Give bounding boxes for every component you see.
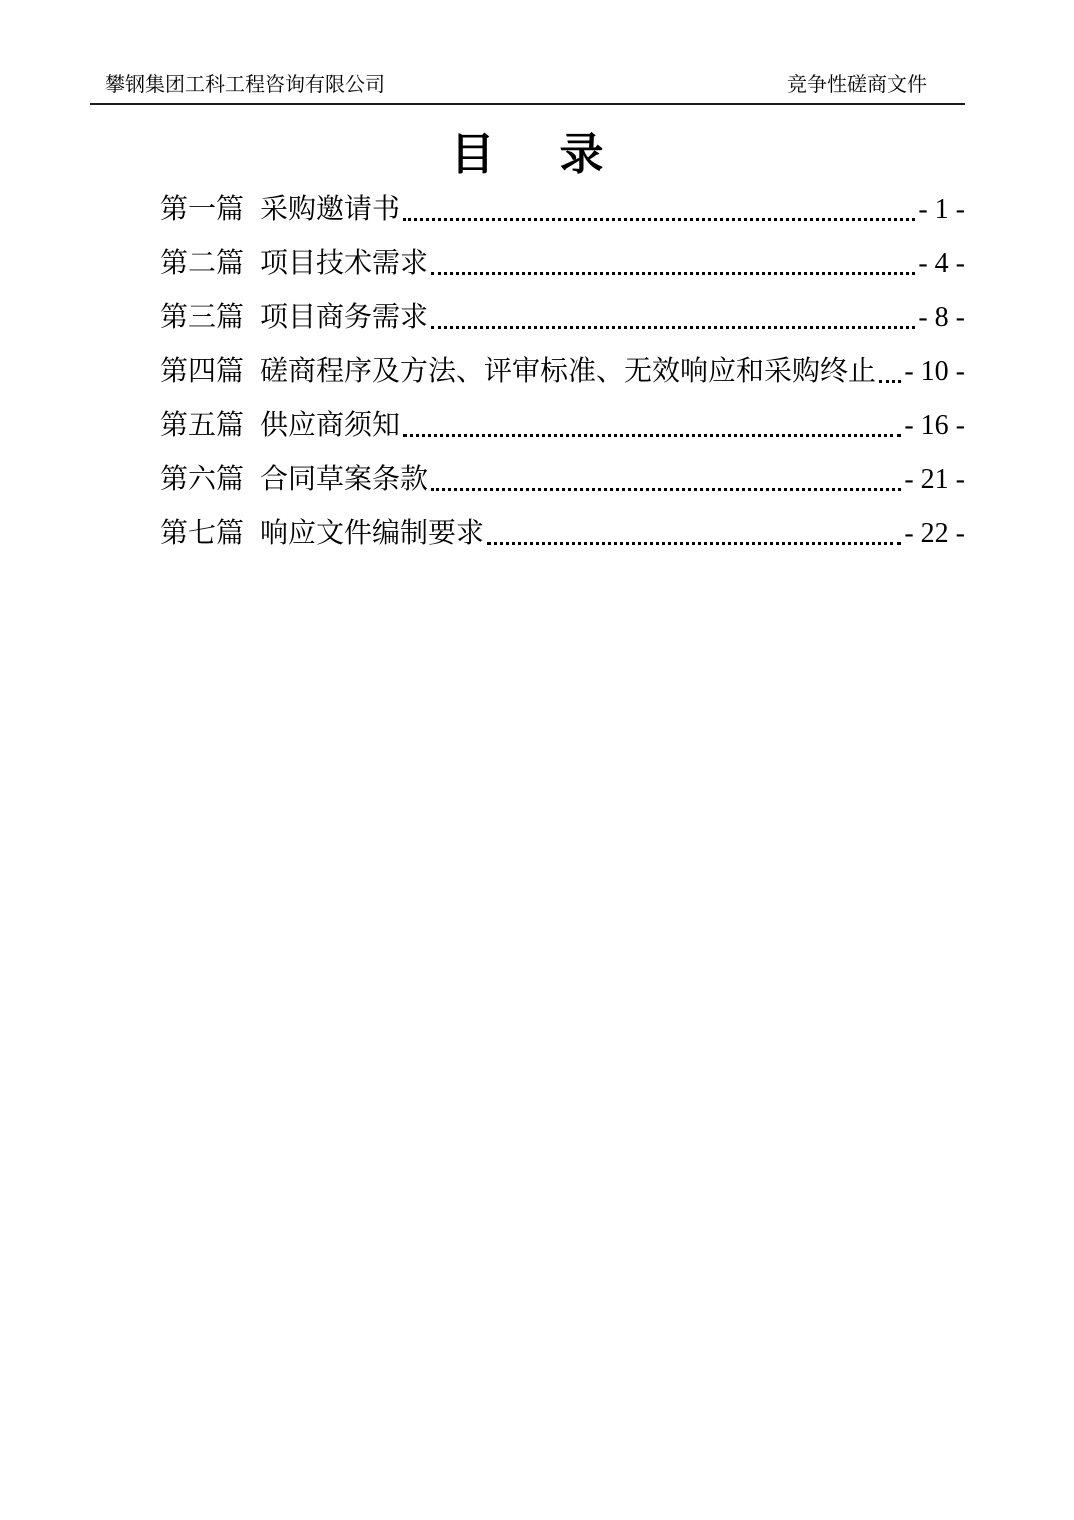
page-header: 攀钢集团工科工程咨询有限公司 竞争性磋商文件 [90, 72, 965, 105]
toc-entry[interactable]: 第六篇 合同草案条款 - 21 - [160, 453, 965, 507]
toc-list: 第一篇 采购邀请书 - 1 - 第二篇 项目技术需求 - 4 - 第三篇 项目商… [160, 183, 965, 561]
toc-entry[interactable]: 第二篇 项目技术需求 - 4 - [160, 237, 965, 291]
header-doc-type: 竞争性磋商文件 [787, 72, 927, 98]
toc-entry-page-number: - 16 - [903, 399, 965, 453]
toc-entry-title: 响应文件编制要求 [260, 507, 484, 561]
toc-title: 目 录 [90, 127, 965, 183]
header-company-name: 攀钢集团工科工程咨询有限公司 [105, 72, 385, 98]
toc-entry-chapter: 第四篇 [160, 345, 260, 399]
toc-entry[interactable]: 第三篇 项目商务需求 - 8 - [160, 291, 965, 345]
toc-entry-chapter: 第六篇 [160, 453, 260, 507]
toc-entry-chapter: 第二篇 [160, 237, 260, 291]
toc-dot-leader [879, 380, 901, 383]
toc-entry-page-number: - 4 - [917, 237, 965, 291]
toc-entry[interactable]: 第四篇 磋商程序及方法、评审标准、无效响应和采购终止 - 10 - [160, 345, 965, 399]
toc-entry-title: 合同草案条款 [260, 453, 428, 507]
toc-entry-title: 项目技术需求 [260, 237, 428, 291]
toc-entry-title: 采购邀请书 [260, 183, 400, 237]
toc-entry-title: 项目商务需求 [260, 291, 428, 345]
toc-entry[interactable]: 第五篇 供应商须知 - 16 - [160, 399, 965, 453]
toc-dot-leader [487, 542, 901, 545]
toc-entry-page-number: - 8 - [917, 291, 965, 345]
document-page: 攀钢集团工科工程咨询有限公司 竞争性磋商文件 目 录 第一篇 采购邀请书 - 1… [0, 0, 1074, 1520]
toc-entry[interactable]: 第一篇 采购邀请书 - 1 - [160, 183, 965, 237]
toc-dot-leader [403, 434, 901, 437]
toc-entry-chapter: 第一篇 [160, 183, 260, 237]
toc-entry-title: 磋商程序及方法、评审标准、无效响应和采购终止 [260, 345, 876, 399]
toc-dot-leader [431, 326, 915, 329]
toc-entry-page-number: - 21 - [903, 453, 965, 507]
toc-dot-leader [431, 272, 915, 275]
toc-entry-chapter: 第五篇 [160, 399, 260, 453]
page-content: 攀钢集团工科工程咨询有限公司 竞争性磋商文件 目 录 第一篇 采购邀请书 - 1… [90, 0, 965, 561]
toc-entry-page-number: - 1 - [917, 183, 965, 237]
toc-entry-chapter: 第三篇 [160, 291, 260, 345]
toc-entry[interactable]: 第七篇 响应文件编制要求 - 22 - [160, 507, 965, 561]
toc-entry-chapter: 第七篇 [160, 507, 260, 561]
toc-entry-page-number: - 22 - [903, 507, 965, 561]
toc-dot-leader [403, 218, 915, 221]
toc-entry-page-number: - 10 - [903, 345, 965, 399]
toc-entry-title: 供应商须知 [260, 399, 400, 453]
toc-dot-leader [431, 488, 901, 491]
